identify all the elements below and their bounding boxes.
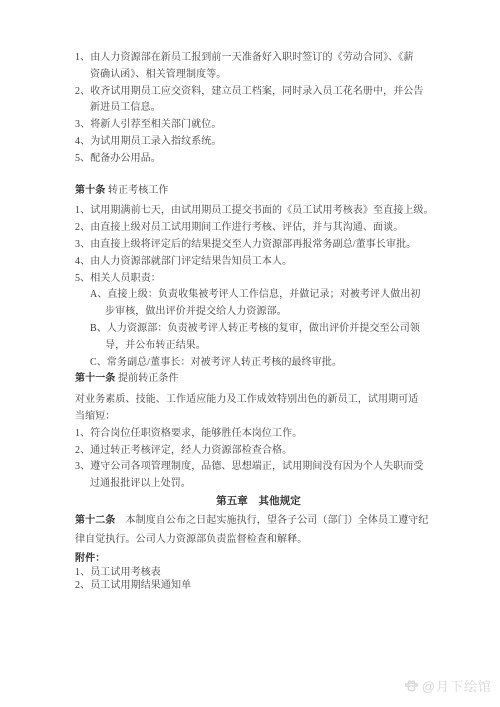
paw-icon: [404, 678, 419, 693]
document-line: 过通报批评以上处罚。: [75, 476, 442, 493]
document-line: 新进员工信息。: [75, 100, 442, 117]
document-line: 律自觉执行。公司人力资源部负责监督检查和解释。: [75, 530, 442, 549]
document-line: 对业务素质、技能、工作适应能力及工作成效特别出色的新员工，试用期可适: [75, 392, 442, 409]
document-line: 5、相关人员职责：: [75, 271, 442, 288]
article-heading: 第十二条 本制度自公布之日起实施执行，望各子公司（部门）全体员工遵守纪: [75, 511, 442, 530]
chapter-heading: 第五章 其他规定: [75, 494, 442, 511]
document-line: 1、由人力资源部在新员工报到前一天准备好入职时签订的《劳动合同》、《薪: [75, 50, 442, 67]
bold-term: 附件：: [75, 553, 105, 564]
document-line: 2、通过转正考核评定，经人力资源部检查合格。: [75, 443, 442, 460]
document-line: 1、符合岗位任职资格要求，能够胜任本岗位工作。: [75, 426, 442, 443]
watermark: @月下绘馆: [404, 676, 492, 695]
document-line: 3、由直接上级将评定后的结果提交至人力资源部再报常务副总/董事长审批。: [75, 237, 442, 254]
document-page: 1、由人力资源部在新员工报到前一天准备好入职时签订的《劳动合同》、《薪资确认函》…: [0, 0, 500, 707]
attachment-item: 1、员工试用考核表: [75, 566, 442, 579]
document-line: 3、将新人引荐至相关部门就位。: [75, 117, 442, 134]
document-line: 资确认函》、相关管理制度等。: [75, 67, 442, 84]
document-line: C、常务副总/董事长：对被考评人转正考核的最终审批。: [75, 355, 442, 372]
document-line: 1、试用期满前七天，由试用期员工提交书面的《员工试用考核表》至直接上级。: [75, 203, 442, 220]
article-heading: 第十条 转正考核工作: [75, 183, 442, 200]
article-heading: 第十一条 提前转正条件: [75, 371, 442, 388]
document-line: 步审核，做出评价并提交给人力资源部。: [75, 304, 442, 321]
bold-term: 第十二条: [75, 515, 115, 526]
attachments-heading: 附件：: [75, 551, 442, 566]
document-line: 4、由人力资源部就部门评定结果告知员工本人。: [75, 254, 442, 271]
document-line: 导，并公布转正结果。: [75, 338, 442, 355]
document-body: 1、由人力资源部在新员工报到前一天准备好入职时签订的《劳动合同》、《薪资确认函》…: [0, 0, 500, 592]
document-line: 5、配备办公用品。: [75, 151, 442, 168]
attachment-item: 2、员工试用期结果通知单: [75, 579, 442, 592]
bold-term: 第十一条: [75, 373, 115, 384]
document-line: 2、收齐试用期员工应交资料，建立员工档案，同时录入员工花名册中，并公告: [75, 84, 442, 101]
watermark-text: @月下绘馆: [422, 676, 492, 695]
document-line: 3、遵守公司各项管理制度，品德、思想端正，试用期间没有因为个人失职而受: [75, 459, 442, 476]
document-line: 当缩短：: [75, 409, 442, 426]
document-line: A、直接上级：负责收集被考评人工作信息，并做记录；对被考评人做出初: [75, 287, 442, 304]
bold-term: 第十条: [75, 185, 105, 196]
document-line: 4、为试用期员工录入指纹系统。: [75, 134, 442, 151]
document-line: B、人力资源部：负责被考评人转正考核的复审，做出评价并提交至公司领: [75, 321, 442, 338]
document-line: 2、由直接上级对员工试用期间工作进行考核、评估，并与其沟通、面谈。: [75, 220, 442, 237]
